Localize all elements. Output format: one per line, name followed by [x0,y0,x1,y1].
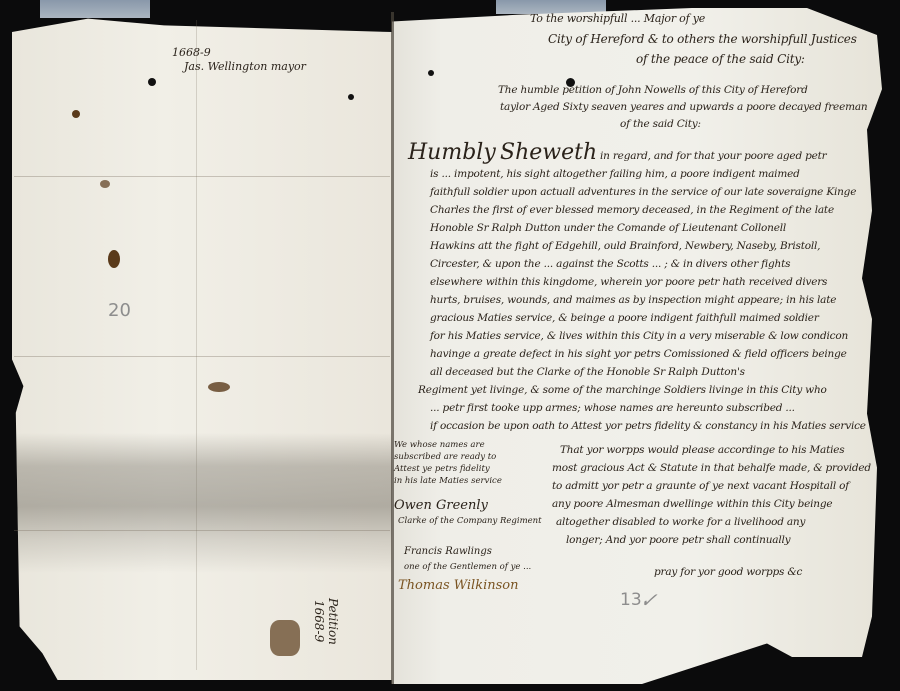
ink-stain [208,382,230,392]
archival-mayor-note: Jas. Wellington mayor [184,60,306,73]
body-line: in regard, and for that your poore aged … [600,150,826,162]
intro-line: taylor Aged Sixty seaven yeares and upwa… [500,101,867,113]
body-line: elsewhere within this kingdome, wherein … [430,276,827,288]
worm-hole [428,70,434,76]
address-line: To the worshipfull ... Major of ye [530,12,705,25]
body-line: Honoble Sr Ralph Dutton under the Comand… [430,222,786,234]
body-line: if occasion be upon oath to Attest yor p… [430,420,866,432]
body-line: hurts, bruises, wounds, and maimes as by… [430,294,836,306]
address-line: of the peace of the said City: [636,52,805,66]
signature-name: Francis Rawlings [404,546,492,557]
opening-word-2: Sheweth [500,140,597,165]
fold-line [14,530,390,531]
body-line: Circester, & upon the ... against the Sc… [430,258,790,270]
intro-line: of the said City: [620,118,701,130]
fold-line [196,20,197,670]
endorsement-date: 1668-9 [312,600,326,642]
prayer-line: most gracious Act & Statute in that beha… [552,462,871,474]
fold-line [14,356,390,357]
body-line: all deceased but the Clarke of the Honob… [430,366,745,378]
prayer-line: That yor worpps would please accordinge … [560,444,844,456]
attestation-line: Attest ye petrs fidelity [394,464,490,474]
signature-name: Owen Greenly [394,498,488,513]
attestation-line: in his late Maties service [394,476,502,486]
fold-line [14,176,390,177]
body-line: gracious Maties service, & beinge a poor… [430,312,819,324]
page-spine [391,12,394,684]
prayer-line: pray for yor good worpps &c [654,566,802,578]
body-line: ... petr first tooke upp armes; whose na… [430,402,795,414]
body-line: havinge a greate defect in his sight yor… [430,348,847,360]
ink-stain [100,180,110,188]
left-page [12,12,392,680]
intro-line: The humble petition of John Nowells of t… [498,84,808,96]
ink-stain [270,620,300,656]
prayer-line: altogether disabled to worke for a livel… [556,516,805,528]
pencil-folio-number: 20 [108,300,131,321]
attestation-line: We whose names are [394,440,485,450]
body-line: Regiment yet livinge, & some of the marc… [418,384,827,396]
endorsement-label: Petition [326,598,340,645]
prayer-line: to admitt yor petr a graunte of ye next … [552,480,849,492]
attestation-line: subscribed are ready to [394,452,496,462]
archival-date: 1668-9 [172,46,211,59]
body-line: Charles the first of ever blessed memory… [430,204,834,216]
conservation-tape-left [40,0,150,18]
opening-word: Humbly [408,140,496,165]
body-line: faithfull soldier upon actuall adventure… [430,186,856,198]
signature-role: Clarke of the Company Regiment [398,516,542,526]
body-line: for his Maties service, & lives within t… [430,330,848,342]
signature-name: Thomas Wilkinson [398,578,518,593]
prayer-line: any poore Almesman dwellinge within this… [552,498,832,510]
signature-role: one of the Gentlemen of ye ... [404,562,531,572]
worm-hole [148,78,156,86]
address-line: City of Hereford & to others the worship… [548,32,857,46]
worm-hole [348,94,354,100]
body-line: Hawkins att the fight of Edgehill, ould … [430,240,820,252]
body-line: is ... impotent, his sight altogether fa… [430,168,800,180]
ink-stain [108,250,120,268]
prayer-line: longer; And yor poore petr shall continu… [566,534,790,546]
ink-stain [72,110,80,118]
